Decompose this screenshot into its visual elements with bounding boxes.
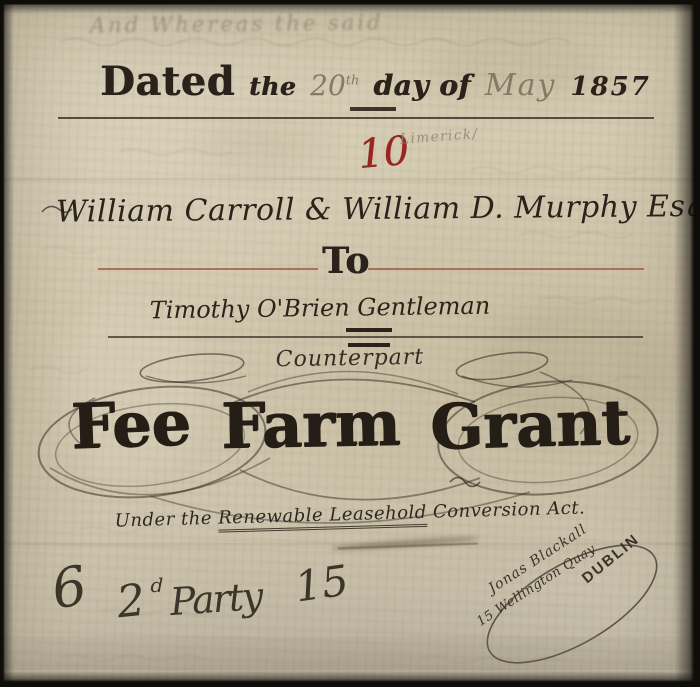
fold-crease [0,543,700,545]
title-word-grant: Grant [429,385,630,463]
bottom-fold-band [0,636,700,670]
scan-edge-left [0,0,14,687]
scribble-figure-6: 6 [47,553,92,621]
scribble-superscript-d: d [151,573,164,597]
scribble-figure-15: 15 [292,556,352,612]
deed-cover-scan: And Whereas the said Dated the 20th day … [0,0,700,687]
scan-edge-top [0,0,700,14]
scribble-word-party: Party [169,574,263,624]
scribble-figure-2: 2 [115,575,148,629]
title-word-fee: Fee [70,386,192,463]
fold-crease [0,178,700,180]
docket-scribble: 6 2 d Party 15 [52,556,452,619]
title-word-farm: Farm [221,386,401,462]
scan-edge-right [674,0,700,687]
scan-edge-bottom [0,671,700,687]
fee-farm-grant-title: Fee Farm Grant [0,388,700,461]
